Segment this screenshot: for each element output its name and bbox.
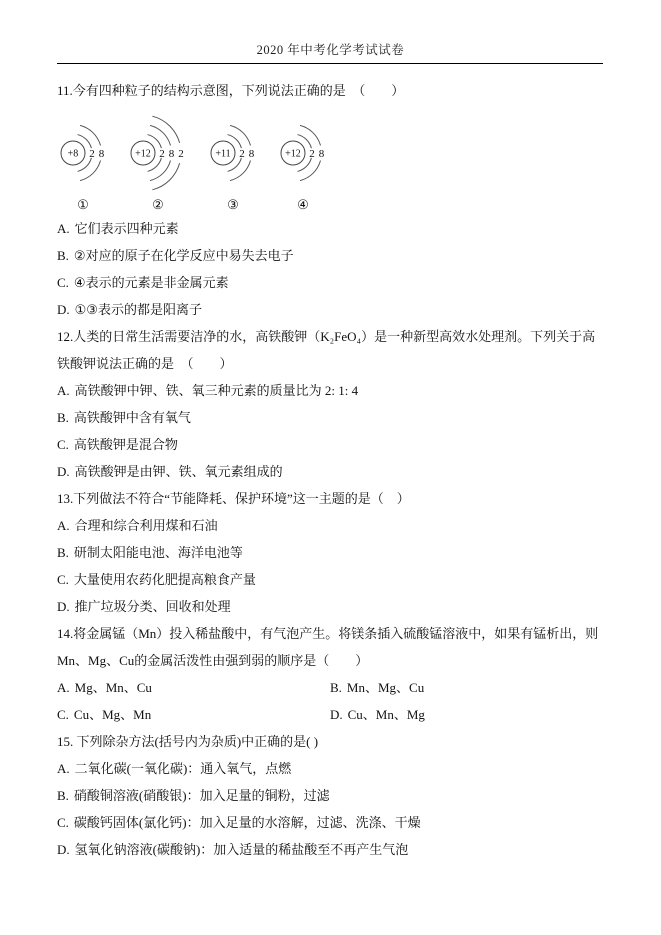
option-label: C.	[57, 707, 69, 722]
shell-arc	[78, 158, 91, 171]
option-text: 高铁酸钾中含有氧气	[74, 410, 191, 425]
option-label: B.	[57, 788, 69, 803]
option-text: Mg、Mn、Cu	[75, 680, 152, 695]
option-text: 推广垃圾分类、回收和处理	[75, 599, 231, 614]
shell-arc	[150, 161, 170, 181]
option-label: B.	[57, 410, 69, 425]
shell-arc	[230, 126, 250, 146]
question-11-option-d: D.①③表示的都是阳离子	[57, 296, 603, 323]
option-label: C.	[57, 437, 69, 452]
shell-arc	[153, 116, 180, 142]
option-label: A.	[57, 680, 70, 695]
diagram-label: ③	[207, 197, 259, 213]
shell-arc	[228, 158, 241, 171]
atom-diagram-4: +12 2 8 ④	[277, 112, 329, 213]
shell-electron-count: 8	[99, 148, 105, 160]
option-label: D.	[330, 707, 343, 722]
question-11-option-b: B.②对应的原子在化学反应中易失去电子	[57, 242, 603, 269]
shell-electron-count: 2	[239, 148, 245, 160]
question-11-option-a: A.它们表示四种元素	[57, 215, 603, 242]
option-label: A.	[57, 383, 70, 398]
atom-diagram-2: +12 2 8 2 ②	[127, 112, 189, 213]
atom-diagram-1-drawing: +8 2 8	[57, 112, 109, 194]
question-14-options: A.Mg、Mn、Cu B.Mn、Mg、Cu C.Cu、Mg、Mn D.Cu、Mn…	[57, 674, 603, 728]
atom-diagram-2-drawing: +12 2 8 2	[127, 112, 189, 194]
shell-arc	[298, 135, 311, 148]
option-label: A.	[57, 221, 70, 236]
question-14: 14.将金属锰（Mn）投入稀盐酸中，有气泡产生。将镁条插入硫酸锰溶液中，如果有锰…	[57, 620, 603, 728]
option-text: 合理和综合利用煤和石油	[75, 518, 218, 533]
option-text: Cu、Mg、Mn	[74, 707, 151, 722]
question-15-option-d: D.氢氧化钠溶液(碳酸钠)：加入适量的稀盐酸至不再产生气泡	[57, 836, 603, 863]
question-15: 15. 下列除杂方法(括号内为杂质)中正确的是( ) A.二氧化碳(一氧化碳)：…	[57, 728, 603, 863]
shell-arc	[230, 161, 250, 181]
shell-arc	[298, 158, 311, 171]
option-text: 碳酸钙固体(氯化钙)：加入足量的水溶解，过滤、洗涤、干燥	[74, 815, 421, 830]
option-text: 高铁酸钾是由钾、铁、氧元素组成的	[75, 464, 283, 479]
atomic-structure-diagrams: +8 2 8 ① +12	[57, 104, 603, 215]
option-text: 硝酸铜溶液(硝酸银)：加入足量的铜粉，过滤	[74, 788, 330, 803]
shell-arc	[150, 126, 170, 146]
question-14-option-d: D.Cu、Mn、Mg	[330, 701, 603, 728]
shell-electron-count: 2	[89, 148, 95, 160]
option-label: D.	[57, 599, 70, 614]
shell-arc	[80, 161, 100, 181]
question-12-option-d: D.高铁酸钾是由钾、铁、氧元素组成的	[57, 458, 603, 485]
shell-arc	[78, 135, 91, 148]
nucleus-charge: +8	[68, 149, 79, 160]
exam-content: 11.今有四种粒子的结构示意图，下列说法正确的是 （ ） +8 2 8 ①	[0, 64, 661, 863]
option-label: D.	[57, 842, 70, 857]
question-12: 12.人类的日常生活需要洁净的水，高铁酸钾（K₂FeO₄）是一种新型高效水处理剂…	[57, 323, 603, 485]
option-text: ②对应的原子在化学反应中易失去电子	[74, 248, 294, 263]
atom-diagram-3-drawing: +11 2 8	[207, 112, 259, 194]
shell-arc	[148, 135, 161, 148]
option-label: A.	[57, 518, 70, 533]
question-14-option-c: C.Cu、Mg、Mn	[57, 701, 330, 728]
option-text: 它们表示四种元素	[75, 221, 179, 236]
exam-page: 2020 年中考化学考试试卷 11.今有四种粒子的结构示意图，下列说法正确的是 …	[0, 0, 661, 935]
shell-electron-count: 2	[309, 148, 315, 160]
shell-arc	[300, 126, 320, 146]
nucleus-charge: +12	[285, 149, 301, 160]
question-15-stem: 15. 下列除杂方法(括号内为杂质)中正确的是( )	[57, 728, 603, 755]
shell-arc	[228, 135, 241, 148]
question-13-option-b: B.研制太阳能电池、海洋电池等	[57, 539, 603, 566]
option-label: D.	[57, 464, 70, 479]
option-text: 高铁酸钾中钾、铁、氧三种元素的质量比为 2: 1: 4	[75, 383, 358, 398]
option-label: B.	[57, 545, 69, 560]
option-label: B.	[330, 680, 342, 695]
question-15-option-a: A.二氧化碳(一氧化碳)：通入氧气，点燃	[57, 755, 603, 782]
option-text: 研制太阳能电池、海洋电池等	[74, 545, 243, 560]
option-text: 氢氧化钠溶液(碳酸钠)：加入适量的稀盐酸至不再产生气泡	[75, 842, 409, 857]
question-12-option-c: C.高铁酸钾是混合物	[57, 431, 603, 458]
question-13-option-d: D.推广垃圾分类、回收和处理	[57, 593, 603, 620]
option-text: 高铁酸钾是混合物	[74, 437, 178, 452]
shell-electron-count: 8	[249, 148, 255, 160]
shell-electron-count: 2	[178, 148, 184, 160]
question-13-stem: 13.下列做法不符合“节能降耗、保护环境”这一主题的是（ ）	[57, 485, 603, 512]
nucleus-charge: +12	[135, 149, 151, 160]
question-14-stem: 14.将金属锰（Mn）投入稀盐酸中，有气泡产生。将镁条插入硫酸锰溶液中，如果有锰…	[57, 620, 603, 674]
option-label: D.	[57, 302, 70, 317]
question-15-option-c: C.碳酸钙固体(氯化钙)：加入足量的水溶解，过滤、洗涤、干燥	[57, 809, 603, 836]
atom-diagram-3: +11 2 8 ③	[207, 112, 259, 213]
question-11-stem: 11.今有四种粒子的结构示意图，下列说法正确的是 （ ）	[57, 77, 603, 104]
shell-electron-count: 2	[159, 148, 165, 160]
question-11-option-c: C.④表示的元素是非金属元素	[57, 269, 603, 296]
question-14-option-b: B.Mn、Mg、Cu	[330, 674, 603, 701]
shell-arc	[300, 161, 320, 181]
diagram-label: ②	[127, 197, 189, 213]
question-12-option-a: A.高铁酸钾中钾、铁、氧三种元素的质量比为 2: 1: 4	[57, 377, 603, 404]
option-text: Cu、Mn、Mg	[348, 707, 425, 722]
option-label: C.	[57, 275, 69, 290]
option-text: ④表示的元素是非金属元素	[74, 275, 229, 290]
option-text: ①③表示的都是阳离子	[75, 302, 202, 317]
shell-arc	[148, 158, 161, 171]
option-label: A.	[57, 761, 70, 776]
question-11: 11.今有四种粒子的结构示意图，下列说法正确的是 （ ） +8 2 8 ①	[57, 77, 603, 323]
nucleus-charge: +11	[215, 149, 230, 160]
option-text: 二氧化碳(一氧化碳)：通入氧气，点燃	[75, 761, 292, 776]
question-13: 13.下列做法不符合“节能降耗、保护环境”这一主题的是（ ） A.合理和综合利用…	[57, 485, 603, 620]
shell-electron-count: 8	[169, 148, 175, 160]
shell-arc	[80, 126, 100, 146]
option-label: C.	[57, 815, 69, 830]
question-14-option-a: A.Mg、Mn、Cu	[57, 674, 330, 701]
diagram-label: ④	[277, 197, 329, 213]
question-13-option-a: A.合理和综合利用煤和石油	[57, 512, 603, 539]
option-label: B.	[57, 248, 69, 263]
shell-arc	[153, 164, 180, 190]
page-title: 2020 年中考化学考试试卷	[0, 0, 661, 58]
option-text: Mn、Mg、Cu	[347, 680, 424, 695]
diagram-label: ①	[57, 197, 109, 213]
atom-diagram-4-drawing: +12 2 8	[277, 112, 329, 194]
question-12-stem: 12.人类的日常生活需要洁净的水，高铁酸钾（K₂FeO₄）是一种新型高效水处理剂…	[57, 323, 603, 377]
question-15-option-b: B.硝酸铜溶液(硝酸银)：加入足量的铜粉，过滤	[57, 782, 603, 809]
option-label: C.	[57, 572, 69, 587]
question-12-option-b: B.高铁酸钾中含有氧气	[57, 404, 603, 431]
question-13-option-c: C.大量使用农药化肥提高粮食产量	[57, 566, 603, 593]
atom-diagram-1: +8 2 8 ①	[57, 112, 109, 213]
option-text: 大量使用农药化肥提高粮食产量	[74, 572, 256, 587]
shell-electron-count: 8	[319, 148, 325, 160]
